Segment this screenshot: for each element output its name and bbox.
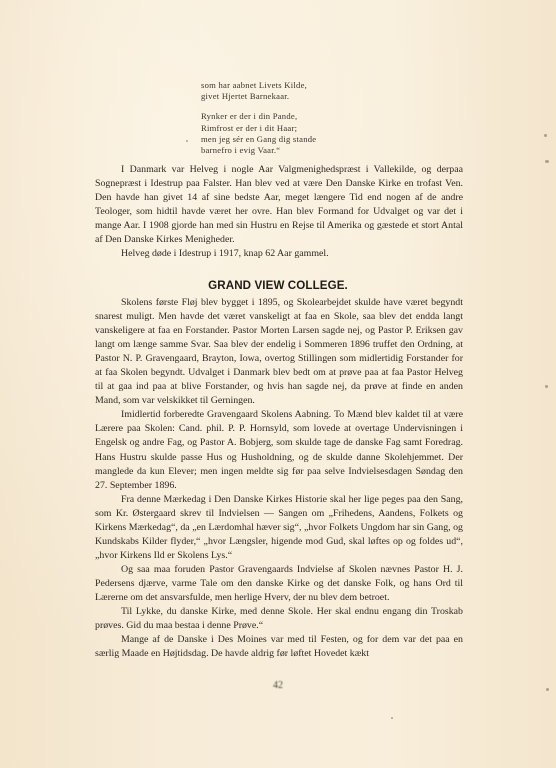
- body-paragraph: I Danmark var Helveg i nogle Aar Valgmen…: [95, 163, 463, 247]
- poem-line: som har aabnet Livets Kilde,: [201, 80, 316, 91]
- section-heading: GRAND VIEW COLLEGE.: [0, 279, 556, 292]
- poem-excerpt: som har aabnet Livets Kilde, givet Hjert…: [201, 80, 316, 165]
- poem-line: men jeg sér en Gang dig stande: [201, 134, 316, 145]
- body-paragraph: Og saa maa foruden Pastor Gravengaards I…: [95, 563, 463, 605]
- body-paragraph: Helveg døde i Idestrup i 1917, knap 62 A…: [95, 247, 463, 261]
- poem-line: barnefro i evig Vaar.“: [201, 145, 316, 156]
- paper-speck: [186, 140, 188, 142]
- body-paragraph: Mange af de Danske i Des Moines var med …: [95, 633, 463, 661]
- body-paragraph: Skolens første Fløj blev bygget i 1895, …: [95, 296, 463, 408]
- grand-view-college-section: Skolens første Fløj blev bygget i 1895, …: [95, 296, 463, 661]
- body-paragraph: Til Lykke, du danske Kirke, med denne Sk…: [95, 605, 463, 633]
- poem-stanza: Rynker er der i din Pande, Rimfrost er d…: [201, 111, 316, 156]
- page-number: 42: [0, 680, 556, 691]
- body-paragraph: Imidlertid forberedte Gravengaard Skolen…: [95, 408, 463, 492]
- poem-stanza: som har aabnet Livets Kilde, givet Hjert…: [201, 80, 316, 102]
- body-paragraph: Fra denne Mærkedag i Den Danske Kirkes H…: [95, 493, 463, 563]
- helveg-section: I Danmark var Helveg i nogle Aar Valgmen…: [95, 163, 463, 261]
- paper-speck: [544, 134, 547, 137]
- paper-speck: [391, 717, 393, 719]
- poem-line: givet Hjertet Barnekaar.: [201, 91, 316, 102]
- paper-speck: [545, 160, 549, 163]
- paper-speck: [545, 385, 548, 388]
- poem-line: Rimfrost er der i dit Haar;: [201, 123, 316, 134]
- poem-line: Rynker er der i din Pande,: [201, 111, 316, 122]
